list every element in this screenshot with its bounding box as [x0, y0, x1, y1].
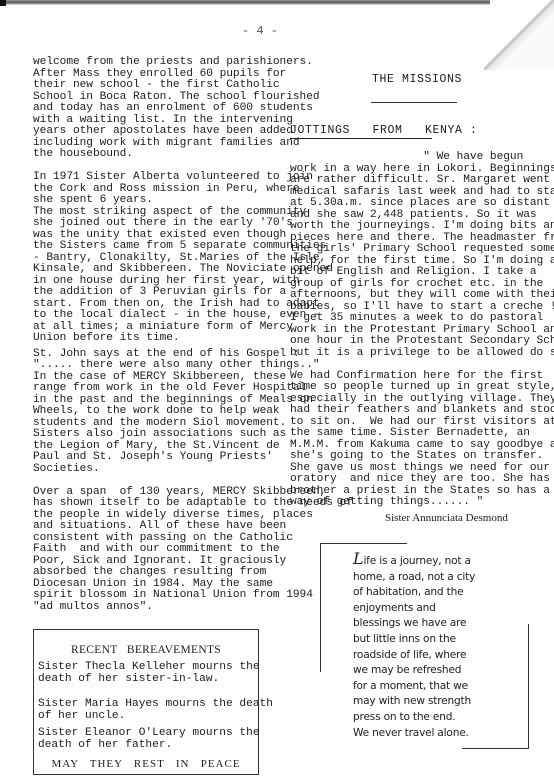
- bereavements-footer: MAY THEY REST IN PEACE: [34, 758, 258, 770]
- paragraph: " We have begun work in a way here in Lo…: [290, 152, 554, 359]
- scan-corner-mark: [0, 0, 6, 6]
- heading-underline: [290, 138, 432, 139]
- section-divider: [371, 102, 457, 103]
- author-signature: Sister Annunciata Desmond: [385, 512, 508, 524]
- bereavements-title: RECENT BEREAVEMENTS: [34, 644, 258, 656]
- recent-bereavements-box: RECENT BEREAVEMENTS Sister Thecla Kelleh…: [33, 629, 259, 775]
- bereavement-item: Sister Thecla Kelleher mourns the death …: [38, 662, 260, 685]
- paragraph: We had Confirmation here for the first t…: [290, 371, 554, 509]
- paragraph: welcome from the priests and parishioner…: [33, 57, 353, 161]
- life-journey-quote: Life is a journey, not a home, a road, n…: [353, 551, 513, 741]
- article-heading: JOTTINGS FROM KENYA :: [290, 124, 478, 137]
- paragraph-gap: [290, 359, 554, 371]
- quote-initial: L: [353, 549, 363, 568]
- scan-edge-shadow: [0, 0, 490, 5]
- bereavement-item: Sister Eleanor O'Leary mourns the death …: [38, 728, 260, 751]
- bereavement-item: Sister Maria Hayes mourns the death of h…: [38, 699, 273, 722]
- scan-page-fold: [484, 0, 554, 70]
- page-number: - 4 -: [240, 24, 280, 38]
- section-title: THE MISSIONS: [372, 73, 462, 86]
- kenya-article-body: " We have begun work in a way here in Lo…: [290, 152, 554, 509]
